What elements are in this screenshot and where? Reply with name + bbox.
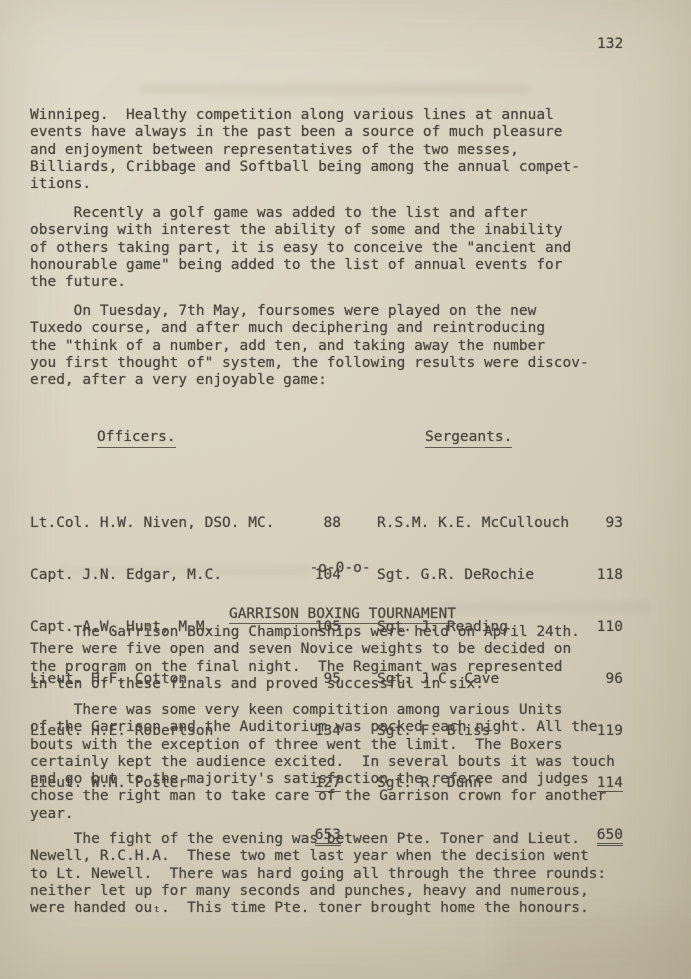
table-row: Lt.Col. H.W. Niven, DSO. MC. 88 R.S.M. K… bbox=[30, 515, 623, 532]
section-divider: -o-0-o- bbox=[30, 560, 650, 577]
page-number: 132 bbox=[597, 36, 623, 53]
sergeant-score: 93 bbox=[577, 515, 623, 532]
paragraph-garrison-competition: There was some very keen compitition amo… bbox=[30, 702, 615, 823]
officers-column-header: Officers. bbox=[97, 429, 176, 448]
scanned-page: 132 Winnipeg. Healthy competition along … bbox=[0, 0, 691, 979]
bleed-through-artifact bbox=[140, 84, 530, 94]
paragraph-toner-newell-fight: The fight of the evening was between Pte… bbox=[30, 831, 606, 917]
sergeants-column-header: Sergeants. bbox=[425, 429, 512, 448]
paragraph-golf-game: Recently a golf game was added to the li… bbox=[30, 205, 571, 291]
officer-name: Lt.Col. H.W. Niven, DSO. MC. bbox=[30, 515, 310, 532]
paragraph-tuxedo-foursomes: On Tuesday, 7th May, foursomes were play… bbox=[30, 303, 589, 389]
heading-text: GARRISON BOXING TOURNAMENT bbox=[229, 606, 456, 624]
sergeant-score: 96 bbox=[577, 671, 623, 688]
sergeant-name: R.S.M. K.E. McCullouch bbox=[377, 515, 577, 532]
results-table-header: Officers. Sergeants. bbox=[30, 429, 623, 464]
officer-score: 88 bbox=[310, 515, 341, 532]
bleed-through-artifact bbox=[500, 912, 691, 972]
paragraph-boxing-championships: The Garrison Boxing Championships were h… bbox=[30, 624, 580, 693]
paragraph-winnipeg-competition: Winnipeg. Healthy competition along vari… bbox=[30, 107, 580, 193]
